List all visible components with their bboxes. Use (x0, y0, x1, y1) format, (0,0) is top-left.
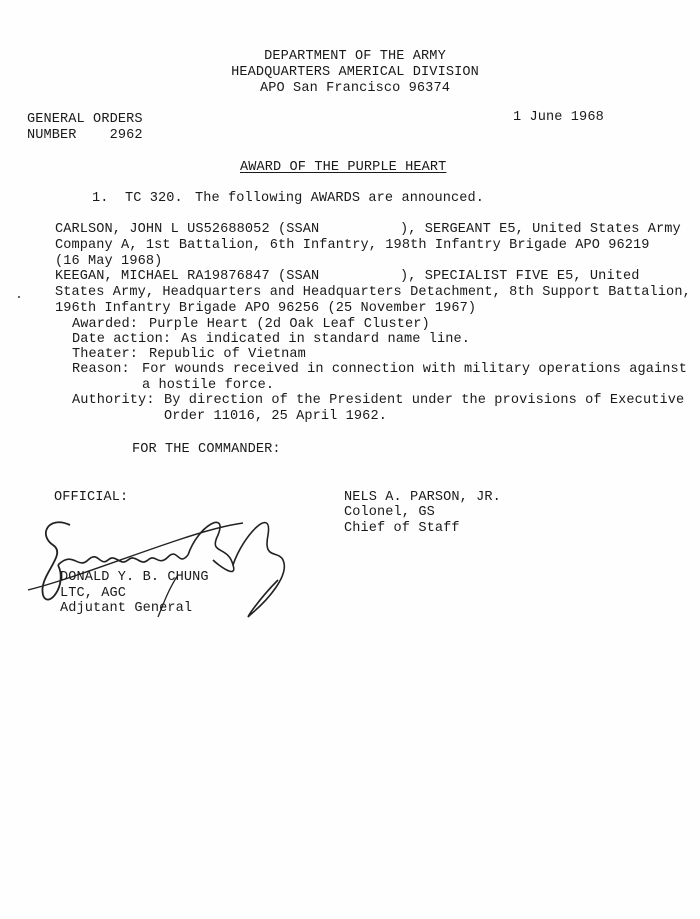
paragraph-text: The following AWARDS are announced. (195, 191, 484, 207)
commander-name: NELS A. PARSON, JR. (344, 490, 501, 506)
authority-label: Authority: (72, 393, 155, 409)
reason-value: For wounds received in connection with m… (142, 362, 687, 378)
recipient-name-line: CARLSON, JOHN L US52688052 (SSAN (55, 222, 319, 238)
theater-label: Theater: (72, 347, 138, 363)
authority-value: By direction of the President under the … (164, 393, 684, 409)
apo-line: APO San Francisco 96374 (10, 81, 700, 97)
document-title: AWARD OF THE PURPLE HEART (240, 160, 446, 176)
headquarters-line: HEADQUARTERS AMERICAL DIVISION (10, 65, 700, 81)
commander-position: Chief of Staff (344, 521, 460, 537)
official-position: Adjutant General (60, 601, 192, 617)
scan-speck (18, 296, 20, 298)
recipient-date-line: 196th Infantry Brigade APO 96256 (25 Nov… (55, 301, 476, 317)
reason-label: Reason: (72, 362, 130, 378)
recipient-rank-line: ), SPECIALIST FIVE E5, United (400, 269, 639, 285)
document-page: DEPARTMENT OF THE ARMY HEADQUARTERS AMER… (0, 0, 700, 919)
paragraph-number: 1. (92, 191, 109, 207)
department-line: DEPARTMENT OF THE ARMY (10, 49, 700, 65)
awarded-label: Awarded: (72, 317, 138, 333)
recipient-unit-line: States Army, Headquarters and Headquarte… (55, 285, 691, 301)
awarded-value: Purple Heart (2d Oak Leaf Cluster) (149, 317, 430, 333)
official-name: DONALD Y. B. CHUNG (60, 570, 209, 586)
recipient-name-line: KEEGAN, MICHAEL RA19876847 (SSAN (55, 269, 319, 285)
commander-rank: Colonel, GS (344, 505, 435, 521)
date-action-label: Date action: (72, 332, 171, 348)
general-orders-label: GENERAL ORDERS (27, 112, 143, 128)
paragraph-tc: TC 320. (125, 191, 183, 207)
order-date: 1 June 1968 (513, 110, 604, 126)
official-label: OFFICIAL: (54, 490, 128, 506)
recipient-date-line: (16 May 1968) (55, 254, 162, 270)
date-action-value: As indicated in standard name line. (181, 332, 470, 348)
letterhead: DEPARTMENT OF THE ARMY HEADQUARTERS AMER… (0, 49, 700, 97)
reason-value-cont: a hostile force. (142, 378, 274, 394)
order-number: NUMBER 2962 (27, 128, 143, 144)
authority-value-cont: Order 11016, 25 April 1962. (164, 409, 387, 425)
for-the-commander: FOR THE COMMANDER: (132, 442, 281, 458)
theater-value: Republic of Vietnam (149, 347, 306, 363)
recipient-rank-line: ), SERGEANT E5, United States Army (400, 222, 681, 238)
official-rank: LTC, AGC (60, 586, 126, 602)
recipient-unit-line: Company A, 1st Battalion, 6th Infantry, … (55, 238, 650, 254)
